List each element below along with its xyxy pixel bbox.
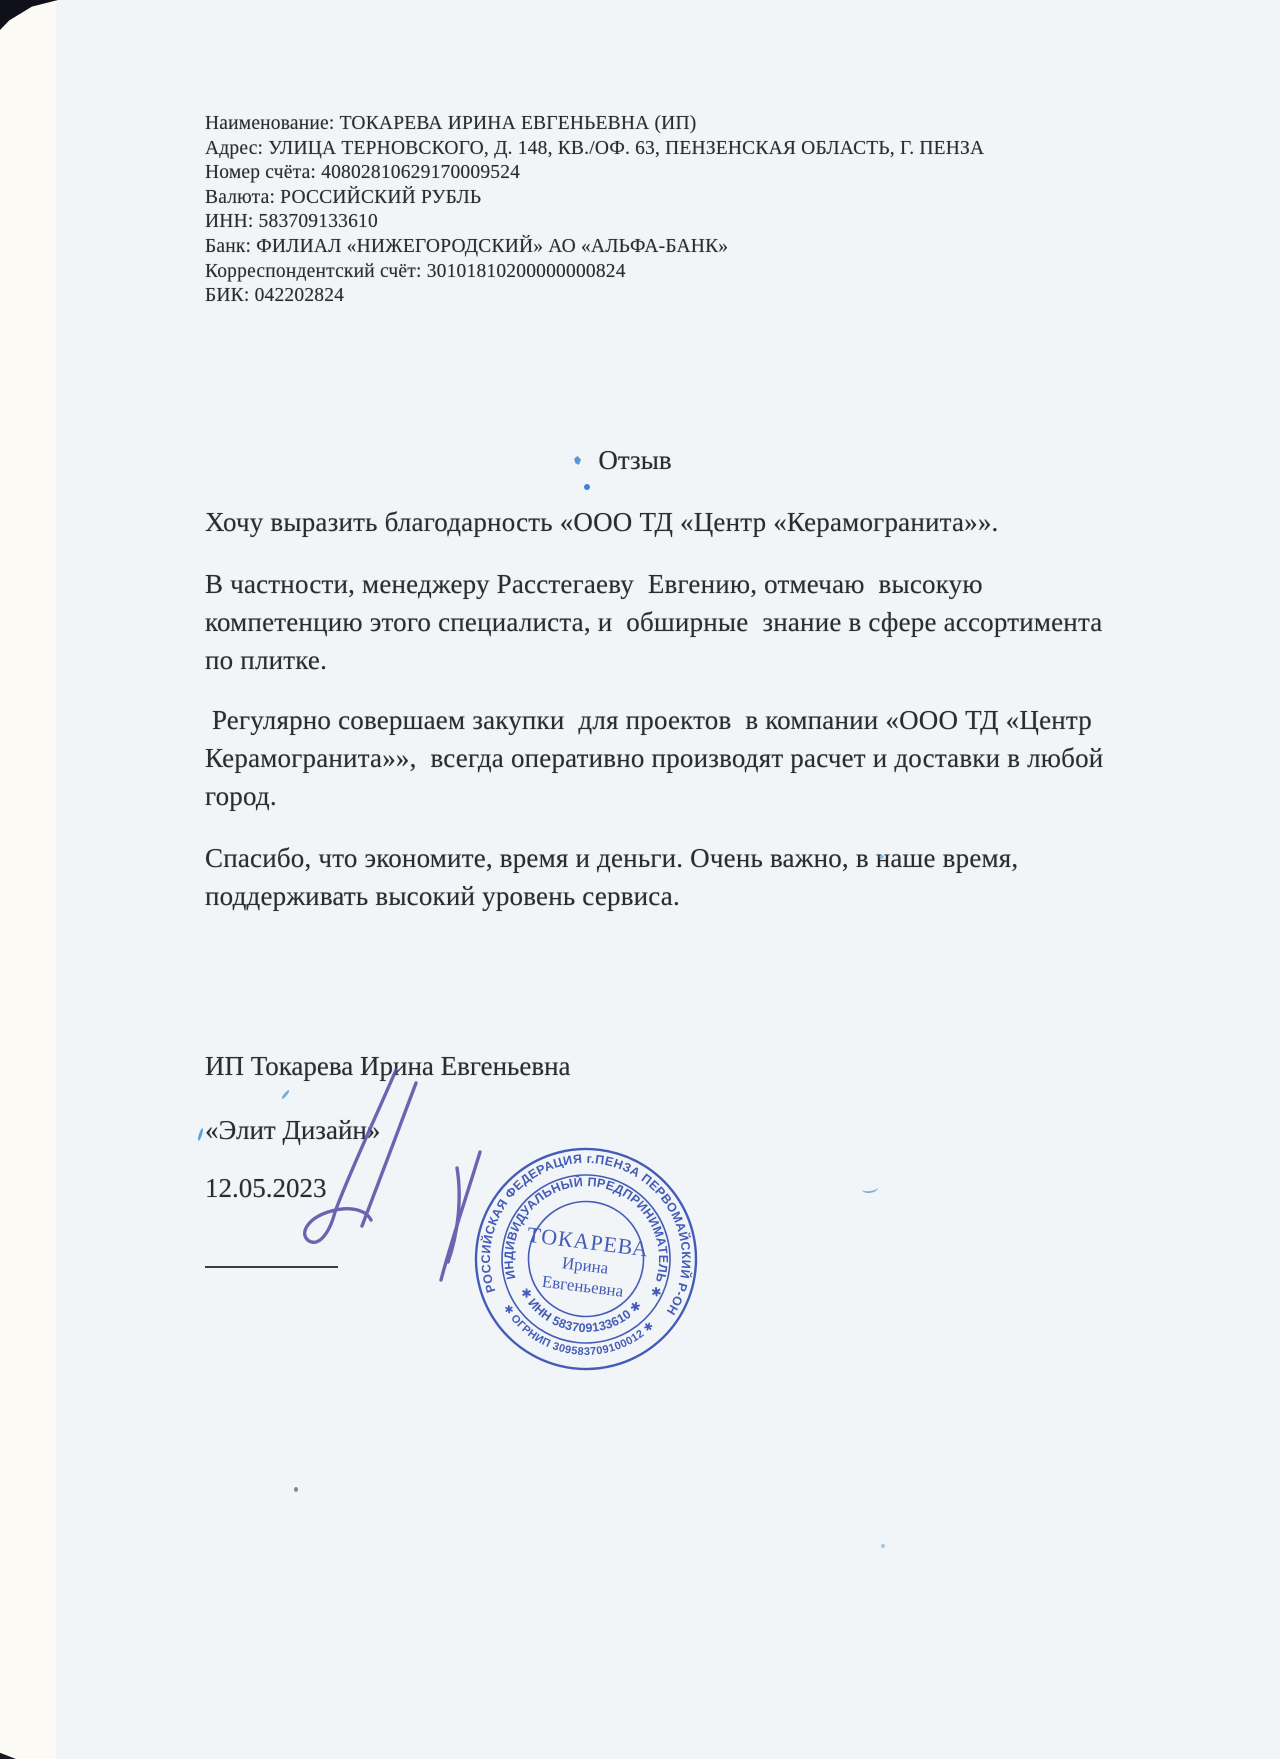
requisite-line-currency: Валюта: РОССИЙСКИЙ РУБЛЬ	[205, 186, 984, 211]
scan-edge-strip	[0, 0, 56, 1759]
paragraph-line: город.	[205, 777, 1085, 815]
scanned-document-page: Наименование: ТОКАРЕВА ИРИНА ЕВГЕНЬЕВНА …	[0, 0, 1280, 1759]
ink-speck	[294, 1487, 298, 1492]
ink-speck	[881, 1544, 885, 1548]
paragraph-line: по плитке.	[205, 641, 1085, 679]
paragraph-line: поддерживать высокий уровень сервиса.	[205, 877, 1085, 915]
requisite-line-account: Номер счёта: 40802810629170009524	[205, 161, 984, 186]
round-stamp: РОССИЙСКАЯ ФЕДЕРАЦИЯ г.ПЕНЗА ПЕРВОМАЙСКИ…	[466, 1139, 706, 1379]
paragraph-3: Регулярно совершаем закупки для проектов…	[205, 701, 1085, 815]
paragraph-line: Регулярно совершаем закупки для проектов…	[205, 701, 1085, 739]
signature-stroke-parallel	[362, 1083, 416, 1226]
ink-speck	[584, 484, 590, 490]
paragraph-line: В частности, менеджеру Расстегаеву Евген…	[205, 565, 1085, 603]
requisites-block: Наименование: ТОКАРЕВА ИРИНА ЕВГЕНЬЕВНА …	[205, 112, 984, 309]
paragraph-line: компетенцию этого специалиста, и обширны…	[205, 603, 1085, 641]
ink-speck	[879, 855, 884, 859]
ink-speck	[197, 1128, 204, 1141]
paragraph-line: Спасибо, что экономите, время и деньги. …	[205, 839, 1085, 877]
paragraph-1: Хочу выразить благодарность «ООО ТД «Цен…	[205, 503, 1085, 541]
signature-stroke-main	[305, 1070, 396, 1242]
ink-speck	[861, 1183, 878, 1194]
requisite-line-address: Адрес: УЛИЦА ТЕРНОВСКОГО, Д. 148, КВ./ОФ…	[205, 137, 984, 162]
paragraph-line: Хочу выразить благодарность «ООО ТД «Цен…	[205, 503, 1085, 541]
signature-strokes	[305, 1070, 480, 1280]
stamp-center-patronymic: Евгеньевна	[541, 1272, 625, 1301]
requisite-line-corr-account: Корреспондентский счёт: 3010181020000000…	[205, 260, 984, 285]
document-title: Отзыв	[205, 445, 1065, 476]
stamp-group: РОССИЙСКАЯ ФЕДЕРАЦИЯ г.ПЕНЗА ПЕРВОМАЙСКИ…	[466, 1139, 706, 1379]
requisite-line-inn: ИНН: 583709133610	[205, 210, 984, 235]
paragraph-line: Керамогранита»», всегда оперативно произ…	[205, 739, 1085, 777]
requisite-line-bank: Банк: ФИЛИАЛ «НИЖЕГОРОДСКИЙ» АО «АЛЬФА-Б…	[205, 235, 984, 260]
requisite-line-name: Наименование: ТОКАРЕВА ИРИНА ЕВГЕНЬЕВНА …	[205, 112, 984, 137]
requisite-line-bik: БИК: 042202824	[205, 284, 984, 309]
paragraph-2: В частности, менеджеру Расстегаеву Евген…	[205, 565, 1085, 679]
paragraph-4: Спасибо, что экономите, время и деньги. …	[205, 839, 1085, 915]
